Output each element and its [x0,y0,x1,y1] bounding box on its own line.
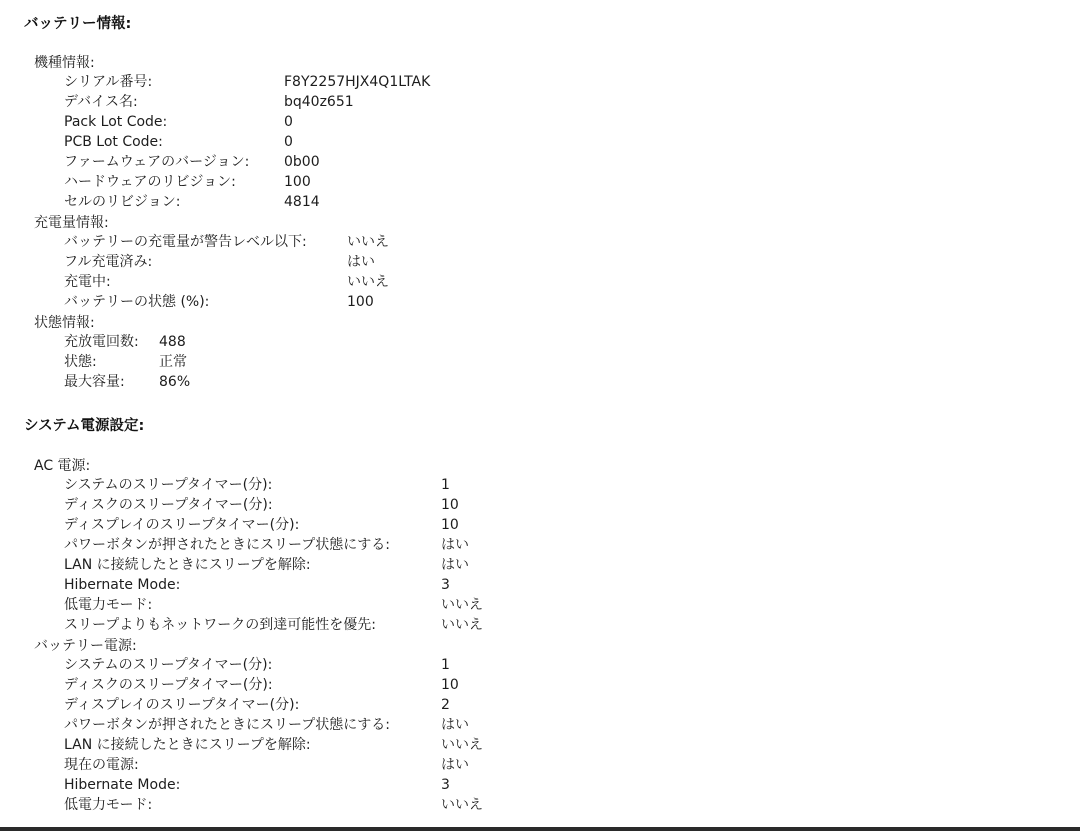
info-label: ディスクのスリープタイマー(分): [64,495,273,515]
info-value: 0b00 [284,152,320,172]
info-label: 最大容量: [64,372,125,392]
info-label: フル充電済み: [64,252,152,272]
info-value: 4814 [284,192,320,212]
info-label: LAN に接続したときにスリープを解除: [64,555,311,575]
info-row: Hibernate Mode:3 [64,575,180,595]
battery-power-heading: バッテリー電源: [34,635,137,655]
info-value: 10 [441,515,459,535]
info-label: 状態: [64,352,97,372]
charge-info-heading: 充電量情報: [34,212,109,232]
info-label: ディスプレイのスリープタイマー(分): [64,515,299,535]
info-label: 低電力モード: [64,795,152,815]
info-value: 2 [441,695,450,715]
info-row: 最大容量:86% [64,372,125,392]
info-value: 3 [441,775,450,795]
info-row: システムのスリープタイマー(分):1 [64,475,272,495]
info-label: セルのリビジョン: [64,192,180,212]
info-label: 充電中: [64,272,111,292]
info-label: バッテリーの充電量が警告レベル以下: [64,232,307,252]
info-row: PCB Lot Code:0 [64,132,163,152]
info-value: いいえ [441,735,483,755]
info-label: パワーボタンが押されたときにスリープ状態にする: [64,535,390,555]
info-label: 現在の電源: [64,755,139,775]
info-value: 1 [441,655,450,675]
info-value: F8Y2257HJX4Q1LTAK [284,72,430,92]
info-label: システムのスリープタイマー(分): [64,475,272,495]
info-row: Pack Lot Code:0 [64,112,167,132]
info-value: いいえ [441,615,483,635]
info-value: bq40z651 [284,92,354,112]
info-value: 正常 [159,352,187,372]
info-value: 100 [347,292,374,312]
battery-info-heading: バッテリー情報: [24,12,131,33]
info-row: ディスクのスリープタイマー(分):10 [64,675,273,695]
info-value: いいえ [441,595,483,615]
info-row: スリープよりもネットワークの到達可能性を優先:いいえ [64,615,376,635]
info-value: はい [441,755,469,775]
info-row: パワーボタンが押されたときにスリープ状態にする:はい [64,715,390,735]
model-info-heading: 機種情報: [34,52,95,72]
power-settings-heading: システム電源設定: [24,414,144,435]
info-row: ファームウェアのバージョン:0b00 [64,152,249,172]
info-row: ハードウェアのリビジョン:100 [64,172,236,192]
info-row: フル充電済み:はい [64,252,152,272]
info-row: 充放電回数:488 [64,332,139,352]
info-label: スリープよりもネットワークの到達可能性を優先: [64,615,376,635]
info-label: バッテリーの状態 (%): [64,292,209,312]
info-value: はい [441,535,469,555]
info-label: Pack Lot Code: [64,112,167,132]
info-label: シリアル番号: [64,72,152,92]
info-row: シリアル番号:F8Y2257HJX4Q1LTAK [64,72,152,92]
info-value: 0 [284,112,293,132]
info-value: いいえ [441,795,483,815]
info-value: はい [441,555,469,575]
info-row: 低電力モード:いいえ [64,595,152,615]
info-value: 100 [284,172,311,192]
info-row: バッテリーの充電量が警告レベル以下:いいえ [64,232,307,252]
info-value: 86% [159,372,190,392]
info-row: 状態:正常 [64,352,97,372]
info-label: 低電力モード: [64,595,152,615]
info-value: 1 [441,475,450,495]
info-row: ディスプレイのスリープタイマー(分):10 [64,515,299,535]
info-value: はい [347,252,375,272]
info-label: Hibernate Mode: [64,775,180,795]
info-row: デバイス名:bq40z651 [64,92,138,112]
info-label: ファームウェアのバージョン: [64,152,249,172]
info-row: システムのスリープタイマー(分):1 [64,655,272,675]
info-value: 3 [441,575,450,595]
info-label: パワーボタンが押されたときにスリープ状態にする: [64,715,390,735]
info-label: ディスプレイのスリープタイマー(分): [64,695,299,715]
health-info-heading: 状態情報: [34,312,95,332]
info-row: Hibernate Mode:3 [64,775,180,795]
info-value: 488 [159,332,186,352]
info-label: 充放電回数: [64,332,139,352]
info-row: LAN に接続したときにスリープを解除:いいえ [64,735,311,755]
info-label: システムのスリープタイマー(分): [64,655,272,675]
info-value: 10 [441,675,459,695]
info-label: デバイス名: [64,92,138,112]
info-label: Hibernate Mode: [64,575,180,595]
bottom-divider [0,827,1080,831]
info-row: ディスプレイのスリープタイマー(分):2 [64,695,299,715]
info-value: いいえ [347,232,389,252]
info-value: はい [441,715,469,735]
info-row: 現在の電源:はい [64,755,139,775]
ac-power-heading: AC 電源: [34,455,90,475]
info-label: ハードウェアのリビジョン: [64,172,236,192]
info-label: PCB Lot Code: [64,132,163,152]
info-value: 0 [284,132,293,152]
system-information-report: バッテリー情報: 機種情報: シリアル番号:F8Y2257HJX4Q1LTAK … [0,0,1080,827]
info-label: ディスクのスリープタイマー(分): [64,675,273,695]
info-row: セルのリビジョン:4814 [64,192,180,212]
info-row: ディスクのスリープタイマー(分):10 [64,495,273,515]
info-row: 低電力モード:いいえ [64,795,152,815]
info-row: パワーボタンが押されたときにスリープ状態にする:はい [64,535,390,555]
info-label: LAN に接続したときにスリープを解除: [64,735,311,755]
info-row: 充電中:いいえ [64,272,111,292]
info-row: LAN に接続したときにスリープを解除:はい [64,555,311,575]
info-value: 10 [441,495,459,515]
info-value: いいえ [347,272,389,292]
info-row: バッテリーの状態 (%):100 [64,292,209,312]
